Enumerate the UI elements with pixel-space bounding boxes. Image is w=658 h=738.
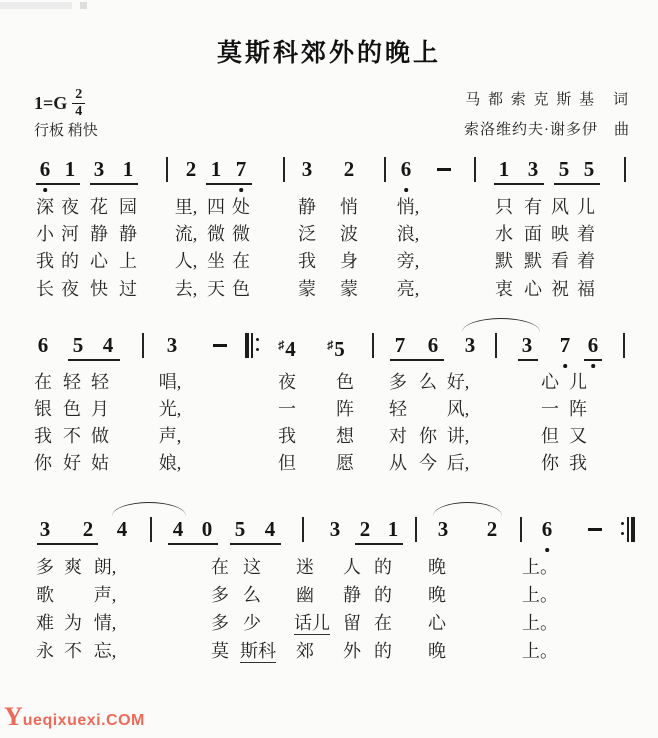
- lyric-syllable: 去,: [175, 280, 198, 299]
- note: 6: [40, 158, 51, 180]
- lyric-syllable: 风,: [447, 400, 470, 419]
- lyric-syllable: 人: [343, 558, 361, 577]
- lyric-syllable: 园: [119, 198, 137, 217]
- time-signature-numerator: 2: [72, 88, 85, 104]
- lyric-syllable: 你: [34, 454, 52, 473]
- note: 6: [542, 518, 553, 540]
- eighth-note-underline: [168, 543, 218, 545]
- lyric-syllable: 我: [36, 252, 54, 271]
- lyric-syllable: 心: [90, 252, 108, 271]
- lyric-syllable: 上。: [522, 558, 558, 577]
- lyric-syllable: 今: [419, 454, 437, 473]
- lyric-syllable: 里,: [175, 198, 198, 217]
- duration-dash: [437, 168, 451, 171]
- lyric-syllable: 坐: [207, 252, 225, 271]
- lyric-syllable: 多: [211, 586, 229, 605]
- note: 1: [65, 158, 76, 180]
- barline: [372, 333, 374, 358]
- lyric-syllable: 多: [211, 614, 229, 633]
- note: 6: [401, 158, 412, 180]
- note: 3: [522, 334, 533, 356]
- repeat-sign-part: [256, 348, 259, 351]
- lyric-syllable: 色: [232, 280, 250, 299]
- lyric-syllable: 光,: [159, 400, 182, 419]
- note: 3: [465, 334, 476, 356]
- lyric-syllable: 晚: [428, 642, 446, 661]
- lyric-syllable: 永: [36, 642, 54, 661]
- barline: [520, 517, 522, 542]
- lyric-syllable: 上。: [522, 642, 558, 661]
- lyric-syllable: 处: [232, 198, 250, 217]
- repeat-start-sign: [245, 333, 262, 358]
- lyric-syllable: 的: [374, 642, 392, 661]
- note: ♯4: [278, 334, 296, 360]
- note: 2: [186, 158, 197, 180]
- lyric-syllable: 河: [61, 225, 79, 244]
- note: 3: [528, 158, 539, 180]
- sheet-music-page: 莫斯科郊外的晚上 1=G 2 4 行板 稍快 马 都 索 克 斯 基 词 索洛维…: [0, 0, 658, 738]
- note: 1: [211, 158, 222, 180]
- note: 5: [559, 158, 570, 180]
- song-title: 莫斯科郊外的晚上: [0, 33, 658, 69]
- lyric-syllable: 你: [541, 454, 559, 473]
- lyric-syllable: 默: [524, 252, 542, 271]
- eighth-note-underline: [518, 359, 538, 361]
- note: 2: [344, 158, 355, 180]
- note: 5: [235, 518, 246, 540]
- lyric-syllable: 看: [551, 252, 569, 271]
- lyric-syllable: 波: [340, 225, 358, 244]
- eighth-note-underline: [68, 359, 120, 361]
- lyric-syllable: 亮,: [397, 280, 420, 299]
- note: 3: [438, 518, 449, 540]
- lyric-syllable: 泛: [298, 225, 316, 244]
- lyric-syllable: 轻: [389, 400, 407, 419]
- note: 4: [103, 334, 114, 356]
- lyric-syllable: 悄: [340, 198, 358, 217]
- lyric-syllable: 在: [374, 614, 392, 633]
- watermark-link[interactable]: Yueqixuexi.COM: [4, 704, 145, 730]
- lyricist-credit: 马 都 索 克 斯 基 词: [465, 88, 630, 109]
- lyric-syllable: 静: [343, 586, 361, 605]
- note: 0: [202, 518, 213, 540]
- lyric-syllable: 面: [524, 225, 542, 244]
- lyric-syllable: 四: [207, 198, 225, 217]
- lyric-syllable: 色: [336, 373, 354, 392]
- lyric-syllable: 默: [495, 252, 513, 271]
- lyric-syllable: 外: [343, 642, 361, 661]
- repeat-sign-part: [621, 532, 624, 535]
- lyric-syllable: 唱,: [159, 373, 182, 392]
- lyric-syllable: 有: [524, 198, 542, 217]
- note: 3: [167, 334, 178, 356]
- lyric-syllable: 对: [389, 427, 407, 446]
- lyric-syllable: 忘,: [94, 642, 117, 661]
- lyric-syllable: 声,: [94, 586, 117, 605]
- lyric-syllable: 色: [63, 400, 81, 419]
- note: 1: [123, 158, 134, 180]
- tempo-marking: 行板 稍快: [34, 119, 98, 140]
- note: 5: [584, 158, 595, 180]
- lyric-syllable: 么: [243, 586, 261, 605]
- lyric-syllable: 着: [577, 225, 595, 244]
- lyric-syllable: 这: [243, 558, 261, 577]
- lyric-syllable: 爽: [64, 558, 82, 577]
- note: 2: [83, 518, 94, 540]
- lyric-syllable: 在: [211, 558, 229, 577]
- lyric-syllable: 留: [343, 614, 361, 633]
- lyric-syllable: 你: [419, 427, 437, 446]
- lyric-syllable: 一: [541, 400, 559, 419]
- lyric-syllable: 多: [36, 558, 54, 577]
- lyric-syllable: 的: [374, 586, 392, 605]
- lyric-syllable: 儿: [569, 373, 587, 392]
- lyric-syllable: 不: [64, 642, 82, 661]
- lyric-syllable: 想: [336, 427, 354, 446]
- composer-credit: 索洛维约夫·谢多伊 曲: [464, 118, 630, 139]
- lyric-syllable: 声,: [159, 427, 182, 446]
- lyric-syllable: 不: [63, 427, 81, 446]
- scan-artifact-dot: [80, 2, 87, 9]
- lyric-syllable: 多: [389, 373, 407, 392]
- note: 1: [499, 158, 510, 180]
- low-octave-dot: [563, 364, 567, 368]
- lyric-syllable: 后,: [447, 454, 470, 473]
- lyric-syllable: 好: [63, 454, 81, 473]
- eighth-note-underline: [390, 359, 444, 361]
- repeat-sign-part: [621, 522, 624, 525]
- lyric-syllable: 上。: [522, 586, 558, 605]
- note: 1: [388, 518, 399, 540]
- lyric-syllable: 从: [389, 454, 407, 473]
- note: 6: [428, 334, 439, 356]
- note: 3: [302, 158, 313, 180]
- time-signature-denominator: 4: [72, 104, 85, 119]
- low-octave-dot: [43, 188, 47, 192]
- repeat-sign-part: [627, 517, 629, 542]
- lyric-syllable: 祝: [551, 280, 569, 299]
- eighth-note-underline: [355, 543, 403, 545]
- barline: [166, 157, 168, 182]
- note: 3: [330, 518, 341, 540]
- lyric-syllable: 小: [36, 225, 54, 244]
- note: 2: [487, 518, 498, 540]
- note: 6: [38, 334, 49, 356]
- lyric-syllable: 阵: [569, 400, 587, 419]
- lyric-syllable: 晚: [428, 586, 446, 605]
- lyric-syllable: 蒙: [340, 280, 358, 299]
- low-octave-dot: [545, 548, 549, 552]
- time-signature: 2 4: [72, 88, 85, 119]
- lyric-syllable: 娘,: [159, 454, 182, 473]
- barline: [150, 517, 152, 542]
- eighth-note-underline: [584, 359, 602, 361]
- repeat-sign-part: [245, 333, 249, 358]
- note: 4: [117, 518, 128, 540]
- lyric-syllable: 上。: [522, 614, 558, 633]
- lyric-syllable: 难: [36, 614, 54, 633]
- barline: [495, 333, 497, 358]
- repeat-sign-part: [631, 517, 635, 542]
- note: 2: [360, 518, 371, 540]
- lyric-syllable: 着: [577, 252, 595, 271]
- scan-artifact-bar: [0, 2, 72, 9]
- lyric-syllable: 心: [541, 373, 559, 392]
- lyric-syllable: 银: [34, 400, 52, 419]
- lyric-syllable: 好,: [447, 373, 470, 392]
- duration-dash: [213, 344, 227, 347]
- lyric-syllable: 静: [119, 225, 137, 244]
- barline: [283, 157, 285, 182]
- lyric-syllable: 流,: [175, 225, 198, 244]
- sharp-accidental: ♯: [327, 338, 333, 352]
- repeat-sign-part: [256, 338, 259, 341]
- lyric-syllable: 我: [298, 252, 316, 271]
- barline: [474, 157, 476, 182]
- lyric-syllable: 我: [278, 427, 296, 446]
- lyric-syllable: 轻: [91, 373, 109, 392]
- lyric-syllable: 悄,: [397, 198, 420, 217]
- lyric-syllable: 长: [36, 280, 54, 299]
- lyric-syllable: 一: [278, 400, 296, 419]
- repeat-end-sign: [620, 517, 637, 542]
- lyric-syllable: 愿: [336, 454, 354, 473]
- lyric-syllable: 情,: [94, 614, 117, 633]
- lyric-syllable: 夜: [61, 198, 79, 217]
- key-text: 1=G: [34, 93, 67, 114]
- eighth-note-underline: [36, 183, 80, 185]
- lyric-syllable: 深: [36, 198, 54, 217]
- note: 6: [588, 334, 599, 356]
- lyric-syllable: 静: [298, 198, 316, 217]
- eighth-note-underline: [206, 183, 252, 185]
- lyric-syllable: 福: [577, 280, 595, 299]
- slur-arc: [433, 502, 502, 516]
- lyric-syllable: 月: [91, 400, 109, 419]
- lyric-syllable: 为: [64, 614, 82, 633]
- lyric-syllable: 衷: [495, 280, 513, 299]
- slur-arc: [462, 318, 540, 332]
- lyric-syllable: 莫: [211, 642, 229, 661]
- duration-dash: [588, 528, 602, 531]
- lyric-syllable: 在: [232, 252, 250, 271]
- sharp-accidental: ♯: [278, 338, 284, 352]
- lyric-syllable: 儿: [577, 198, 595, 217]
- lyric-syllable: 轻: [63, 373, 81, 392]
- low-octave-dot: [404, 188, 408, 192]
- lyric-syllable: 朗,: [94, 558, 117, 577]
- lyric-syllable: 人,: [175, 252, 198, 271]
- lyric-syllable: 的: [61, 252, 79, 271]
- lyric-syllable: 旁,: [397, 252, 420, 271]
- note: ♯5: [327, 334, 345, 360]
- lyric-syllable: 夜: [278, 373, 296, 392]
- note: 7: [560, 334, 571, 356]
- lyric-syllable: 蒙: [298, 280, 316, 299]
- lyric-syllable: 映: [551, 225, 569, 244]
- note: 7: [236, 158, 247, 180]
- lyric-syllable: 阵: [336, 400, 354, 419]
- lyric-syllable: 么: [419, 373, 437, 392]
- lyric-syllable: 做: [91, 427, 109, 446]
- lyric-syllable: 话儿: [294, 614, 330, 635]
- lyric-syllable: 快: [90, 280, 108, 299]
- eighth-note-underline: [554, 183, 600, 185]
- slur-arc: [112, 502, 186, 516]
- note: 7: [395, 334, 406, 356]
- eighth-note-underline: [494, 183, 544, 185]
- lyric-syllable: 斯科: [240, 642, 276, 663]
- lyric-syllable: 过: [119, 280, 137, 299]
- lyric-syllable: 风: [551, 198, 569, 217]
- watermark-initial: Y: [4, 702, 23, 731]
- lyric-syllable: 又: [569, 427, 587, 446]
- lyric-syllable: 水: [495, 225, 513, 244]
- note: 3: [94, 158, 105, 180]
- low-octave-dot: [591, 364, 595, 368]
- note: 3: [40, 518, 51, 540]
- lyric-syllable: 郊: [296, 642, 314, 661]
- lyric-syllable: 微: [207, 225, 225, 244]
- lyric-syllable: 心: [428, 614, 446, 633]
- lyric-syllable: 姑: [91, 454, 109, 473]
- lyric-syllable: 心: [524, 280, 542, 299]
- lyric-syllable: 微: [232, 225, 250, 244]
- low-octave-dot: [239, 188, 243, 192]
- lyric-syllable: 迷: [296, 558, 314, 577]
- barline: [624, 157, 626, 182]
- barline: [384, 157, 386, 182]
- lyric-syllable: 讲,: [447, 427, 470, 446]
- barline: [415, 517, 417, 542]
- repeat-sign-part: [251, 333, 253, 358]
- lyric-syllable: 幽: [296, 586, 314, 605]
- lyric-syllable: 我: [569, 454, 587, 473]
- lyric-syllable: 歌: [36, 586, 54, 605]
- lyric-syllable: 只: [495, 198, 513, 217]
- barline: [142, 333, 144, 358]
- eighth-note-underline: [37, 543, 98, 545]
- lyric-syllable: 花: [90, 198, 108, 217]
- barline: [302, 517, 304, 542]
- note: 5: [73, 334, 84, 356]
- eighth-note-underline: [90, 183, 138, 185]
- key-signature: 1=G 2 4: [34, 88, 85, 119]
- lyric-syllable: 上: [119, 252, 137, 271]
- barline: [623, 333, 625, 358]
- note: 4: [265, 518, 276, 540]
- lyric-syllable: 但: [541, 427, 559, 446]
- eighth-note-underline: [230, 543, 281, 545]
- lyric-syllable: 少: [243, 614, 261, 633]
- watermark-text: ueqixuexi.COM: [23, 712, 145, 729]
- lyric-syllable: 在: [34, 373, 52, 392]
- lyric-syllable: 天: [207, 280, 225, 299]
- lyric-syllable: 浪,: [397, 225, 420, 244]
- lyric-syllable: 夜: [61, 280, 79, 299]
- lyric-syllable: 的: [374, 558, 392, 577]
- lyric-syllable: 静: [90, 225, 108, 244]
- lyric-syllable: 晚: [428, 558, 446, 577]
- lyric-syllable: 我: [34, 427, 52, 446]
- lyric-syllable: 但: [278, 454, 296, 473]
- lyric-syllable: 身: [340, 252, 358, 271]
- note: 4: [173, 518, 184, 540]
